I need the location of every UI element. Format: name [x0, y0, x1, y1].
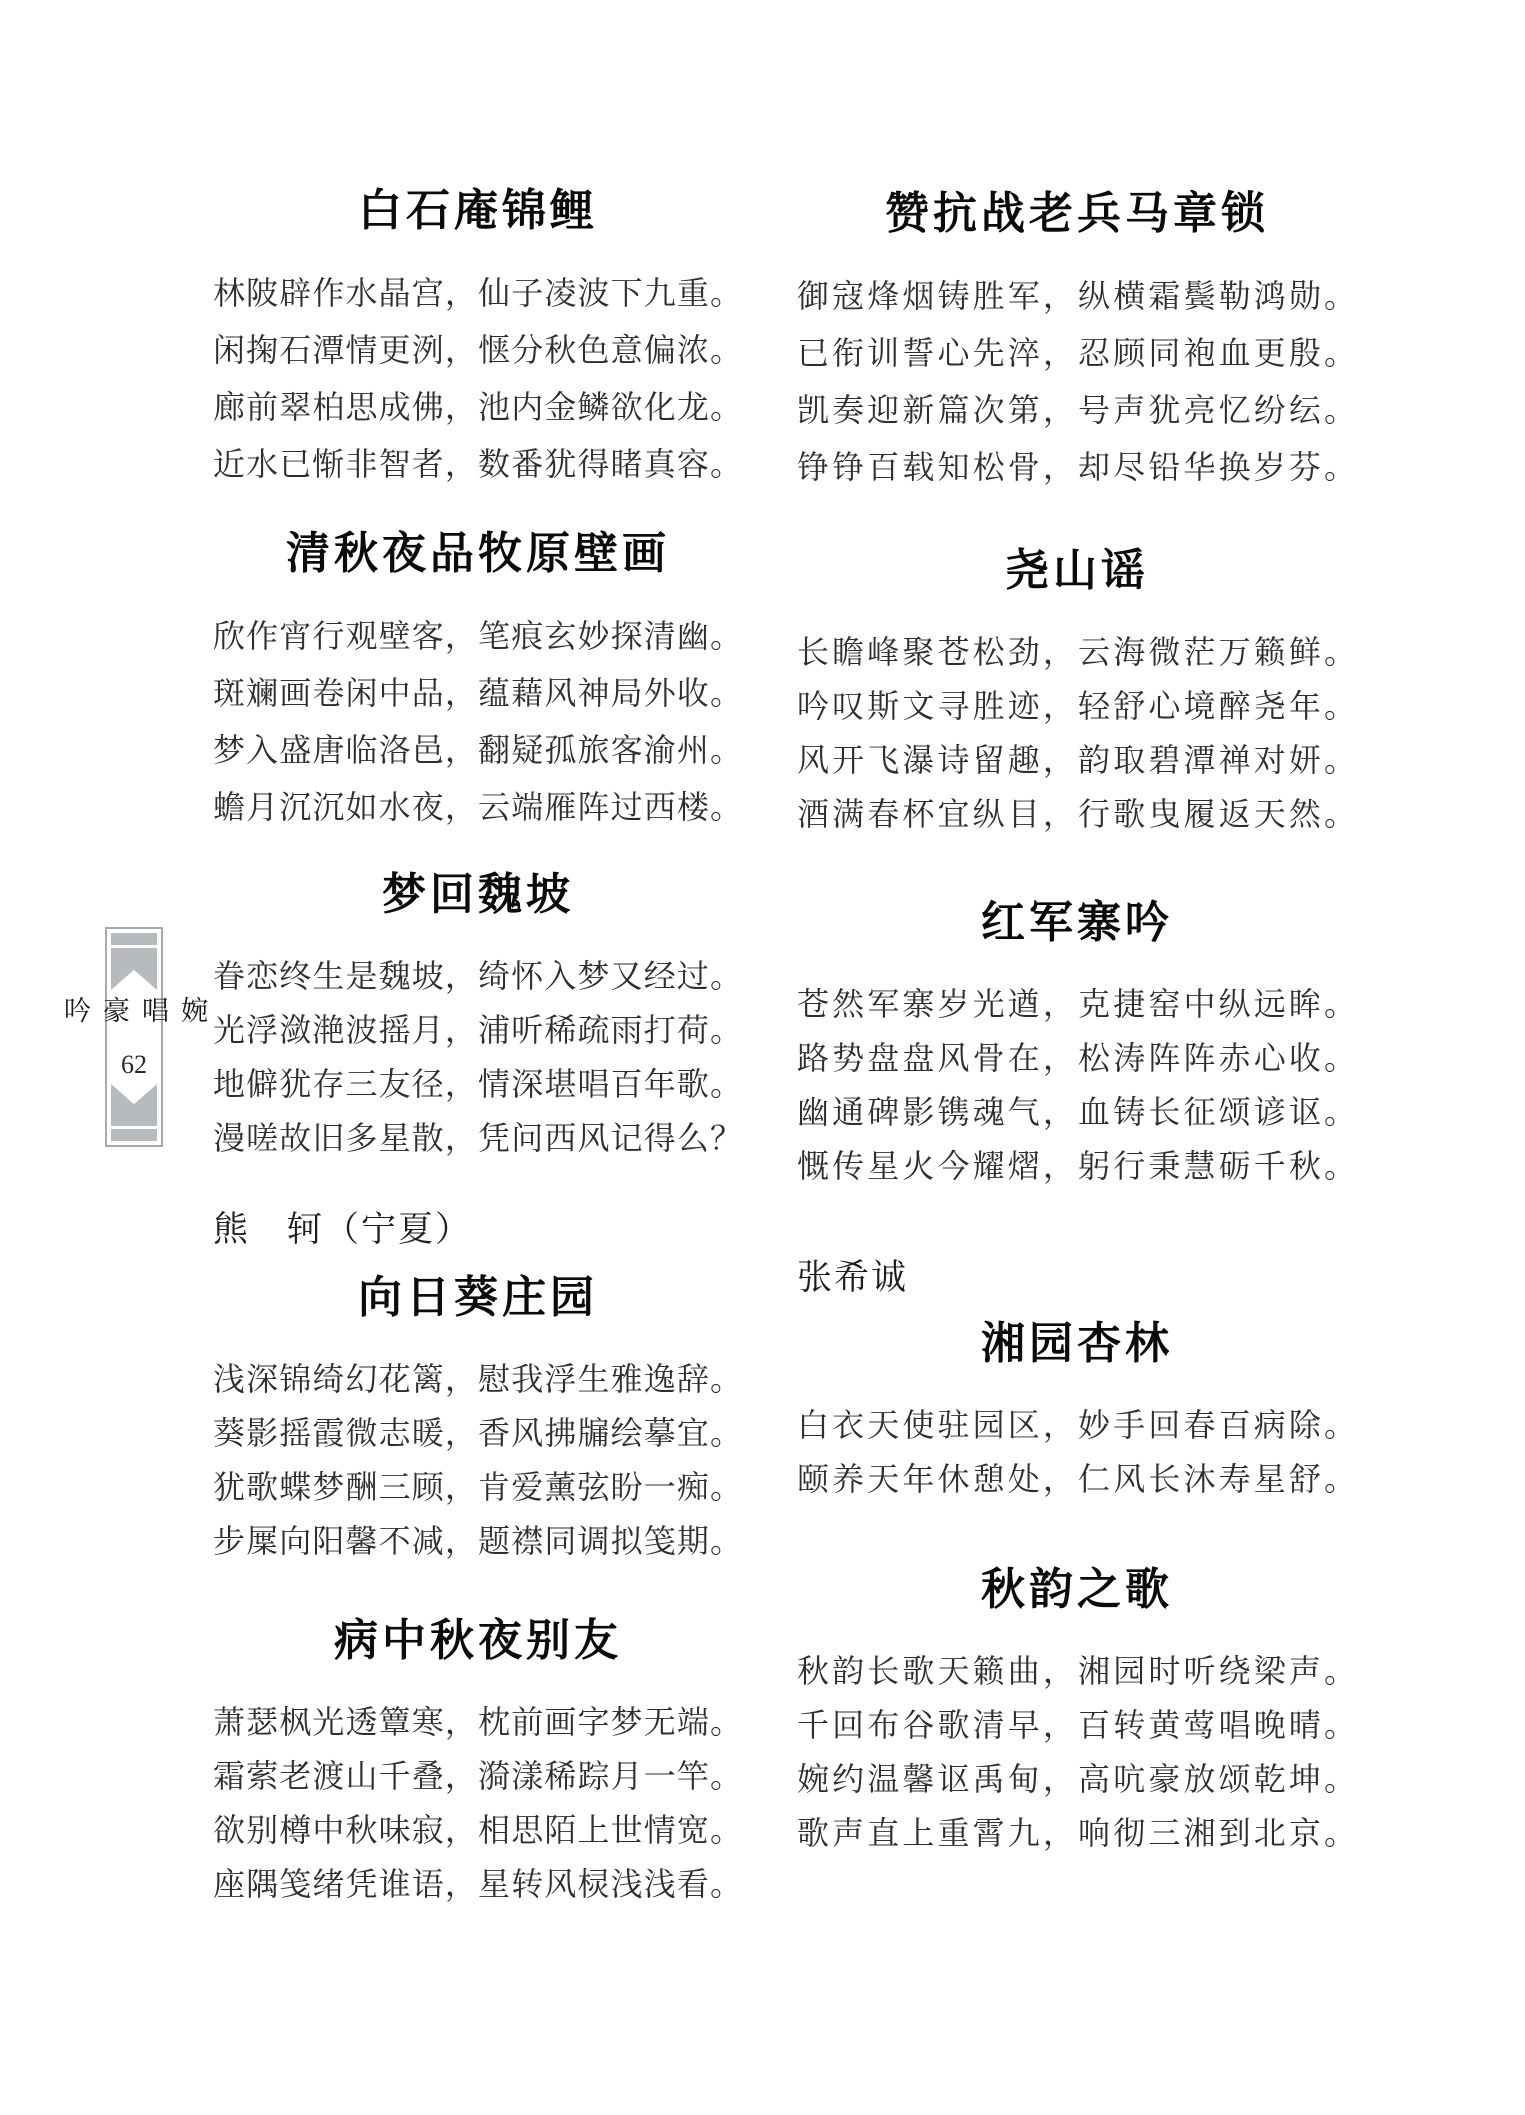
verse-line: 霜萦老渡山千叠，漪漾稀踪月一竿。 — [213, 1749, 743, 1803]
verse-line: 梦入盛唐临洛邑，翻疑孤旅客渝州。 — [213, 722, 743, 779]
poem-baishian-jinli: 白石庵锦鲤 林陂辟作水晶宫，仙子凌波下九重。 闲掬石潭情更洌，惬分秋色意偏浓。 … — [213, 183, 743, 493]
verse-line: 座隅笺绪凭谁语，星转风棂浅浅看。 — [213, 1857, 743, 1911]
poem-qingqiu-ye-pin: 清秋夜品牧原壁画 欣作宵行观壁客，笔痕玄妙探清幽。 斑斓画卷闲中品，蕴藉风神局外… — [213, 526, 743, 836]
verse-line: 近水已惭非智者，数番犹得睹真容。 — [213, 436, 743, 493]
poem-title: 红军寨吟 — [797, 895, 1357, 951]
poem-title: 病中秋夜别友 — [213, 1613, 743, 1669]
poem-title: 湘园杏林 — [797, 1316, 1357, 1372]
verse-line: 欣作宵行观壁客，笔痕玄妙探清幽。 — [213, 608, 743, 665]
poem-qiuyun-zhige: 秋韵之歌 秋韵长歌天籁曲，湘园时听绕梁声。 千回布谷歌清早，百转黄莺唱晚晴。 婉… — [797, 1562, 1357, 1860]
verse-line: 白衣天使驻园区，妙手回春百病除。 — [797, 1398, 1357, 1452]
poem-title: 向日葵庄园 — [213, 1270, 743, 1326]
margin-bookmark: 婉唱豪吟 62 — [105, 927, 163, 1147]
verse-line: 步屟向阳馨不减，题襟同调拟笺期。 — [213, 1514, 743, 1568]
verse-line: 斑斓画卷闲中品，蕴藉风神局外收。 — [213, 665, 743, 722]
verse-line: 眷恋终生是魏坡，绮怀入梦又经过。 — [213, 949, 743, 1003]
verse-line: 苍然军寨岁光遒，克捷窑中纵远眸。 — [797, 977, 1357, 1031]
verse-line: 颐养天年休憩处，仁风长沐寿星舒。 — [797, 1452, 1357, 1506]
verse-line: 婉约温馨讴禹甸，高吭豪放颂乾坤。 — [797, 1752, 1357, 1806]
poem-zan-kangzhan-laobing: 赞抗战老兵马章锁 御寇烽烟铸胜军，纵横霜鬓勒鸿勋。 已衔训誓心先淬，忍顾同袍血更… — [797, 186, 1357, 496]
poem-title: 清秋夜品牧原壁画 — [213, 526, 743, 582]
bookmark-top-ribbon — [111, 948, 157, 990]
verse-line: 长瞻峰聚苍松劲，云海微茫万籁鲜。 — [797, 625, 1357, 679]
poem-title: 秋韵之歌 — [797, 1562, 1357, 1618]
verse-line: 风开飞瀑诗留趣，韵取碧潭禅对妍。 — [797, 733, 1357, 787]
verse-line: 廊前翠柏思成佛，池内金鳞欲化龙。 — [213, 379, 743, 436]
verse-line: 浅深锦绮幻花篱，慰我浮生雅逸辞。 — [213, 1352, 743, 1406]
verse-line: 欲别樽中秋味寂，相思陌上世情宽。 — [213, 1803, 743, 1857]
verse-line: 慨传星火今耀熠，躬行秉慧砺千秋。 — [797, 1139, 1357, 1193]
left-column: 白石庵锦鲤 林陂辟作水晶宫，仙子凌波下九重。 闲掬石潭情更洌，惬分秋色意偏浓。 … — [213, 0, 743, 2115]
right-column: 赞抗战老兵马章锁 御寇烽烟铸胜军，纵横霜鬓勒鸿勋。 已衔训誓心先淬，忍顾同袍血更… — [797, 0, 1357, 2115]
poem-yaoshan-yao: 尧山谣 长瞻峰聚苍松劲，云海微茫万籁鲜。 吟叹斯文寻胜迹，轻舒心境醉尧年。 风开… — [797, 543, 1357, 841]
poem-title: 梦回魏坡 — [213, 867, 743, 923]
verse-line: 闲掬石潭情更洌，惬分秋色意偏浓。 — [213, 322, 743, 379]
verse-line: 铮铮百载知松骨，却尽铅华换岁芬。 — [797, 439, 1357, 496]
page-number: 62 — [111, 1050, 157, 1080]
poem-title: 白石庵锦鲤 — [213, 183, 743, 239]
verse-line: 歌声直上重霄九，响彻三湘到北京。 — [797, 1806, 1357, 1860]
verse-line: 吟叹斯文寻胜迹，轻舒心境醉尧年。 — [797, 679, 1357, 733]
poem-xiangrikui-zhuangyuan: 向日葵庄园 浅深锦绮幻花篱，慰我浮生雅逸辞。 葵影摇霞微志暖，香风拂牖绘摹宜。 … — [213, 1270, 743, 1568]
verse-line: 漫嗟故旧多星散，凭问西风记得么？ — [213, 1111, 743, 1165]
bookmark-bottom-bar — [111, 1129, 157, 1141]
poem-menghui-weipo: 梦回魏坡 眷恋终生是魏坡，绮怀入梦又经过。 光浮潋滟波摇月，浦听稀疏雨打荷。 地… — [213, 867, 743, 1165]
poetry-book-page: 婉唱豪吟 62 白石庵锦鲤 林陂辟作水晶宫，仙子凌波下九重。 闲掬石潭情更洌，惬… — [0, 0, 1525, 2115]
poem-title: 赞抗战老兵马章锁 — [797, 186, 1357, 242]
author-name: 张希诚 — [797, 1255, 908, 1301]
author-name: 熊 轲（宁夏） — [213, 1207, 472, 1253]
verse-line: 地僻犹存三友径，情深堪唱百年歌。 — [213, 1057, 743, 1111]
verse-line: 千回布谷歌清早，百转黄莺唱晚晴。 — [797, 1698, 1357, 1752]
verse-line: 葵影摇霞微志暖，香风拂牖绘摹宜。 — [213, 1406, 743, 1460]
verse-line: 萧瑟枫光透簟寒，枕前画字梦无端。 — [213, 1695, 743, 1749]
poem-xiangyuan-xinglin: 湘园杏林 白衣天使驻园区，妙手回春百病除。 颐养天年休憩处，仁风长沐寿星舒。 — [797, 1316, 1357, 1506]
poem-title: 尧山谣 — [797, 543, 1357, 599]
verse-line: 光浮潋滟波摇月，浦听稀疏雨打荷。 — [213, 1003, 743, 1057]
bookmark-top-bar — [111, 933, 157, 945]
verse-line: 蟾月沉沉如水夜，云端雁阵过西楼。 — [213, 779, 743, 836]
verse-line: 幽通碑影镌魂气，血铸长征颂谚讴。 — [797, 1085, 1357, 1139]
verse-line: 凯奏迎新篇次第，号声犹亮忆纷纭。 — [797, 382, 1357, 439]
verse-line: 御寇烽烟铸胜军，纵横霜鬓勒鸿勋。 — [797, 268, 1357, 325]
poem-hongjunzhai-yin: 红军寨吟 苍然军寨岁光遒，克捷窑中纵远眸。 路势盘盘风骨在，松涛阵阵赤心收。 幽… — [797, 895, 1357, 1193]
bookmark-bottom-ribbon — [111, 1084, 157, 1126]
verse-line: 路势盘盘风骨在，松涛阵阵赤心收。 — [797, 1031, 1357, 1085]
poem-bingzhong-qiuye-bieyou: 病中秋夜别友 萧瑟枫光透簟寒，枕前画字梦无端。 霜萦老渡山千叠，漪漾稀踪月一竿。… — [213, 1613, 743, 1911]
verse-line: 犹歌蝶梦酬三顾，肯爱薰弦盼一痴。 — [213, 1460, 743, 1514]
bookmark-section-label: 婉唱豪吟 — [111, 990, 157, 1050]
verse-line: 秋韵长歌天籁曲，湘园时听绕梁声。 — [797, 1644, 1357, 1698]
verse-line: 酒满春杯宜纵目，行歌曳履返天然。 — [797, 787, 1357, 841]
verse-line: 林陂辟作水晶宫，仙子凌波下九重。 — [213, 265, 743, 322]
verse-line: 已衔训誓心先淬，忍顾同袍血更殷。 — [797, 325, 1357, 382]
